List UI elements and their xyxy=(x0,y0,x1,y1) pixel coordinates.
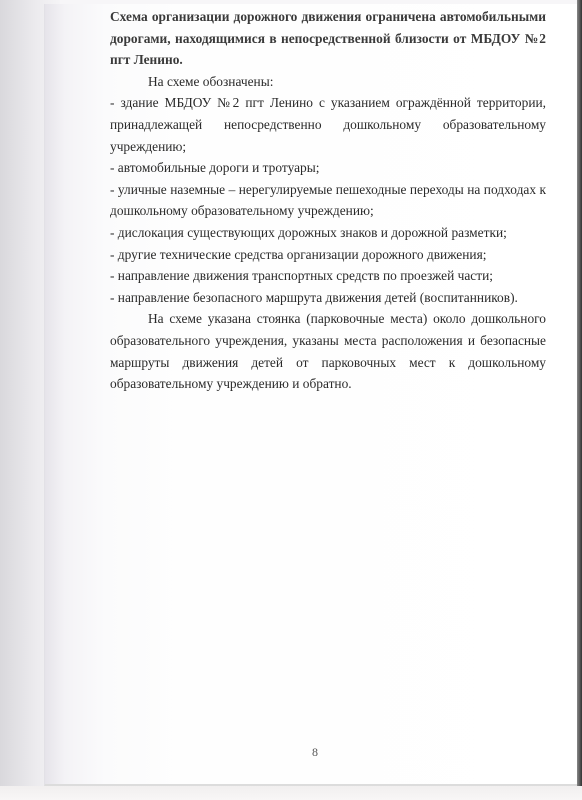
document-body: Схема организации дорожного движения огр… xyxy=(110,6,546,395)
legend-heading: На схеме обозначены: xyxy=(110,71,546,93)
legend-item: - дислокация существующих дорожных знако… xyxy=(110,222,546,244)
scan-bottom-margin xyxy=(0,786,582,800)
legend-item: - направление движения транспортных сред… xyxy=(110,265,546,287)
scan-right-edge xyxy=(577,0,582,800)
legend-item: - другие технические средства организаци… xyxy=(110,244,546,266)
closing-paragraph: На схеме указана стоянка (парковочные ме… xyxy=(110,308,546,394)
legend-item: - направление безопасного маршрута движе… xyxy=(110,287,546,309)
intro-paragraph: Схема организации дорожного движения огр… xyxy=(110,6,546,71)
legend-item: - здание МБДОУ №2 пгт Ленино с указанием… xyxy=(110,92,546,157)
legend-item: - уличные наземные – нерегулируемые пеше… xyxy=(110,179,546,222)
legend-item: - автомобильные дороги и тротуары; xyxy=(110,157,546,179)
page-number: 8 xyxy=(312,745,318,760)
